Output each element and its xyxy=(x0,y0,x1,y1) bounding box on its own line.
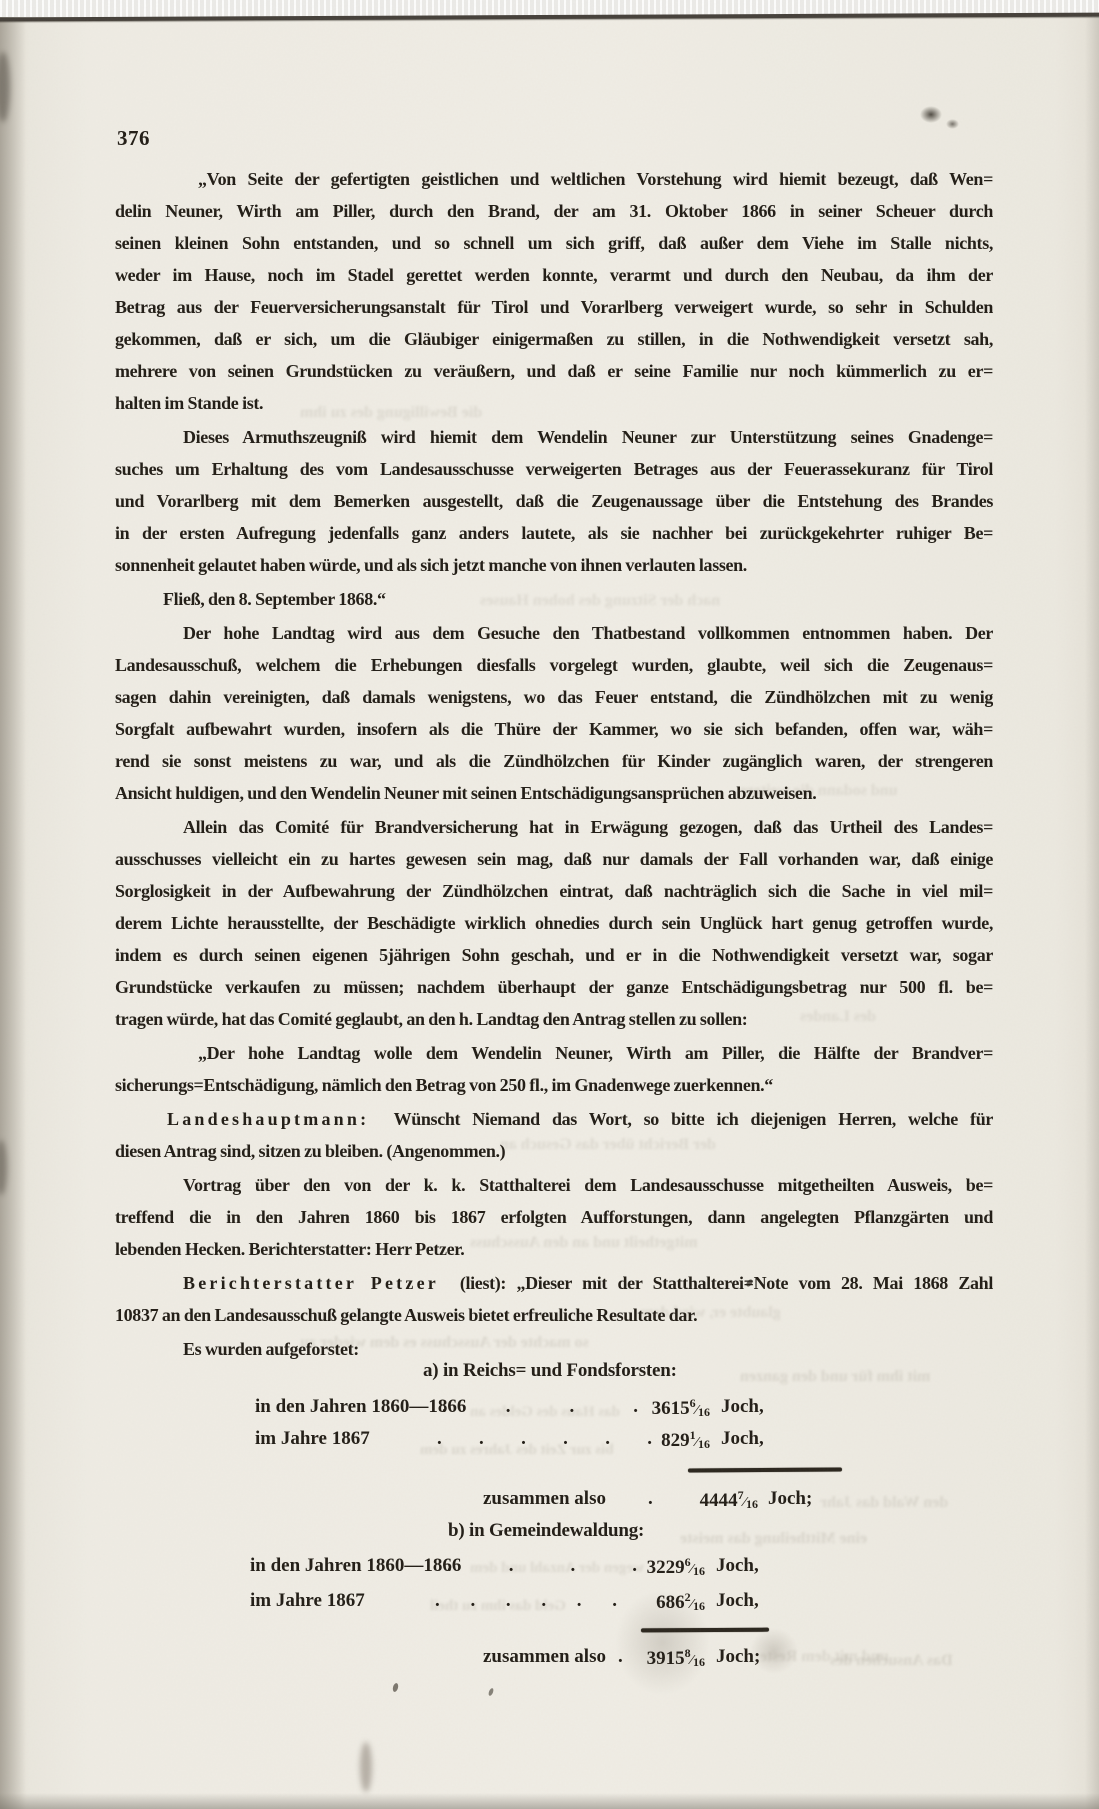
row-unit: Joch, xyxy=(721,1396,764,1418)
page-number: 376 xyxy=(117,126,150,151)
table-row: im Jahre 1867 . . . . . . 8291⁄16 Joch, xyxy=(0,1428,1099,1458)
text-line: indem es durch seinen eigenen 5jährigen … xyxy=(115,939,993,971)
text-line: Sorgfalt aufbewahrt wurden, insofern als… xyxy=(115,713,993,745)
speech-text: (liest): „Dieser mit der Statthalterei=N… xyxy=(460,1273,993,1293)
text-line: treffend die in den Jahren 1860 bis 1867… xyxy=(115,1201,993,1233)
row-unit: Joch, xyxy=(716,1590,759,1612)
scanned-document-page: die Bewilligung des zu ihmnach der Sitzu… xyxy=(0,0,1099,1809)
row-unit: Joch, xyxy=(716,1555,759,1577)
paragraph: Vortrag über den von der k. k. Statthalt… xyxy=(115,1169,993,1265)
text-line: ausschusses vielleicht ein zu hartes gew… xyxy=(115,843,993,875)
value-denominator: 16 xyxy=(693,1655,705,1669)
text-line: „Von Seite der gefertigten geistlichen u… xyxy=(115,163,993,195)
paragraph: „Von Seite der gefertigten geistlichen u… xyxy=(115,163,993,419)
value-whole: 3615 xyxy=(652,1398,690,1419)
sum-rule xyxy=(641,1628,769,1633)
text-line: derem Lichte herausstellte, der Beschädi… xyxy=(115,907,993,939)
sum-label: zusammen also xyxy=(483,1488,606,1510)
text-line: Landesausschuß, welchem die Erhebungen d… xyxy=(115,649,993,681)
speaker-line: Berichterstatter Petzer (liest): „Dieser… xyxy=(115,1267,993,1299)
text-line: mehrere von seinen Grundstücken zu veräu… xyxy=(115,355,993,387)
dateline: Fließ, den 8. September 1868.“ xyxy=(115,583,993,615)
value-denominator: 16 xyxy=(693,1564,705,1578)
table-sum-row: zusammen also . 39158⁄16 Joch; xyxy=(0,1646,1099,1676)
text-line: diesen Antrag sind, sitzen zu bleiben. (… xyxy=(115,1135,993,1167)
text-line: halten im Stande ist. xyxy=(115,387,993,419)
text-line: suches um Erhaltung des vom Landesaussch… xyxy=(115,453,993,485)
paragraph: Landeshauptmann: Wünscht Niemand das Wor… xyxy=(115,1103,993,1167)
text-line: in der ersten Aufregung jedenfalls ganz … xyxy=(115,517,993,549)
text-line: 10837 an den Landesausschuß gelangte Aus… xyxy=(115,1299,993,1331)
value-whole: 4444 xyxy=(700,1490,738,1511)
text-line: Allein das Comité für Brandversicherung … xyxy=(115,811,993,843)
text-line: Grundstücke verkaufen zu müssen; nachdem… xyxy=(115,971,993,1003)
text-line: weder im Hause, noch im Stadel gerettet … xyxy=(115,259,993,291)
speech-text: Wünscht Niemand das Wort, so bitte ich d… xyxy=(394,1109,993,1129)
paragraph: Allein das Comité für Brandversicherung … xyxy=(115,811,993,1035)
row-value: 8291⁄16 xyxy=(560,1428,710,1452)
speaker-name: Berichterstatter Petzer xyxy=(183,1273,439,1293)
value-whole: 829 xyxy=(661,1430,690,1451)
text-line: sonnenheit gelautet haben würde, und als… xyxy=(115,549,993,581)
value-denominator: 16 xyxy=(693,1599,705,1613)
paragraph: „Der hohe Landtag wolle dem Wendelin Neu… xyxy=(115,1037,993,1101)
bottom-edge-shadow xyxy=(0,1793,1099,1809)
table-section-b-heading: b) in Gemeindewaldung: xyxy=(448,1518,644,1544)
value-whole: 3915 xyxy=(647,1648,685,1669)
paper-smudge xyxy=(360,1742,372,1792)
value-whole: 686 xyxy=(656,1592,685,1613)
value-denominator: 16 xyxy=(698,1405,710,1419)
value-denominator: 16 xyxy=(698,1437,710,1451)
table-sum-row: zusammen also . 44447⁄16 Joch; xyxy=(0,1488,1099,1518)
paragraph: Fließ, den 8. September 1868.“ xyxy=(115,583,993,615)
row-value: 6862⁄16 xyxy=(555,1590,705,1614)
main-text-block: „Von Seite der gefertigten geistlichen u… xyxy=(115,163,993,1367)
right-edge-shadow xyxy=(1085,0,1099,1809)
speaker-line: Landeshauptmann: Wünscht Niemand das Wor… xyxy=(115,1103,993,1135)
text-line: gekommen, daß er sich, um die Gläubiger … xyxy=(115,323,993,355)
text-line: seinen kleinen Sohn entstanden, und so s… xyxy=(115,227,993,259)
row-value: 36156⁄16 xyxy=(560,1396,710,1420)
row-value: 32296⁄16 xyxy=(555,1555,705,1579)
table-row: im Jahre 1867 . . . . . . 6862⁄16 Joch, xyxy=(0,1590,1099,1620)
row-label: im Jahre 1867 xyxy=(255,1428,370,1450)
text-line: Der hohe Landtag wird aus dem Gesuche de… xyxy=(115,617,993,649)
paragraph: Dieses Armuthszeugniß wird hiemit dem We… xyxy=(115,421,993,581)
text-line: lebenden Hecken. Berichterstatter: Herr … xyxy=(115,1233,993,1265)
sum-unit: Joch; xyxy=(768,1488,812,1510)
text-line: Dieses Armuthszeugniß wird hiemit dem We… xyxy=(115,421,993,453)
table-row: in den Jahren 1860—1866 . . . . 36156⁄16… xyxy=(0,1396,1099,1426)
sum-rule xyxy=(688,1467,842,1472)
text-line: Sorglosigkeit in der Aufbewahrung der Zü… xyxy=(115,875,993,907)
ink-speck xyxy=(392,1683,399,1693)
ink-speck xyxy=(920,106,942,123)
sum-unit: Joch; xyxy=(716,1646,760,1668)
table-section-a-heading: a) in Reichs= und Fondsforsten: xyxy=(423,1358,677,1384)
left-gutter-shadow xyxy=(0,0,26,1809)
paragraph: Der hohe Landtag wird aus dem Gesuche de… xyxy=(115,617,993,809)
text-line: Ansicht huldigen, und den Wendelin Neune… xyxy=(115,777,993,809)
row-label: in den Jahren 1860—1866 xyxy=(250,1555,461,1577)
value-denominator: 16 xyxy=(746,1497,758,1511)
showthrough-text-artifact: mit ihm für und den ganzen xyxy=(740,1368,930,1386)
text-line: sagen dahin vereinigten, daß damals weni… xyxy=(115,681,993,713)
text-line: „Der hohe Landtag wolle dem Wendelin Neu… xyxy=(115,1037,993,1069)
text-line: delin Neuner, Wirth am Piller, durch den… xyxy=(115,195,993,227)
paragraph: Berichterstatter Petzer (liest): „Dieser… xyxy=(115,1267,993,1331)
showthrough-text-artifact: eine Mittheilung das meiste xyxy=(680,1530,867,1548)
row-label: in den Jahren 1860—1866 xyxy=(255,1396,466,1418)
text-line: rend sie sonst meistens zu war, und als … xyxy=(115,745,993,777)
row-label: im Jahre 1867 xyxy=(250,1590,365,1612)
value-whole: 3229 xyxy=(647,1557,685,1578)
speaker-name: Landeshauptmann: xyxy=(167,1109,369,1129)
text-line: Vortrag über den von der k. k. Statthalt… xyxy=(115,1169,993,1201)
text-line: tragen würde, hat das Comité geglaubt, a… xyxy=(115,1003,993,1035)
sum-value: 39158⁄16 xyxy=(555,1646,705,1670)
ink-speck xyxy=(946,119,959,129)
text-line: sicherungs=Entschädigung, nämlich den Be… xyxy=(115,1069,993,1101)
sum-value: 44447⁄16 xyxy=(608,1488,758,1512)
ink-speck xyxy=(488,1688,495,1697)
text-line: und Vorarlberg mit dem Bemerken ausgeste… xyxy=(115,485,993,517)
text-line: Betrag aus der Feuerversicherungsanstalt… xyxy=(115,291,993,323)
table-row: in den Jahren 1860—1866 . . . . 32296⁄16… xyxy=(0,1555,1099,1585)
row-unit: Joch, xyxy=(721,1428,764,1450)
